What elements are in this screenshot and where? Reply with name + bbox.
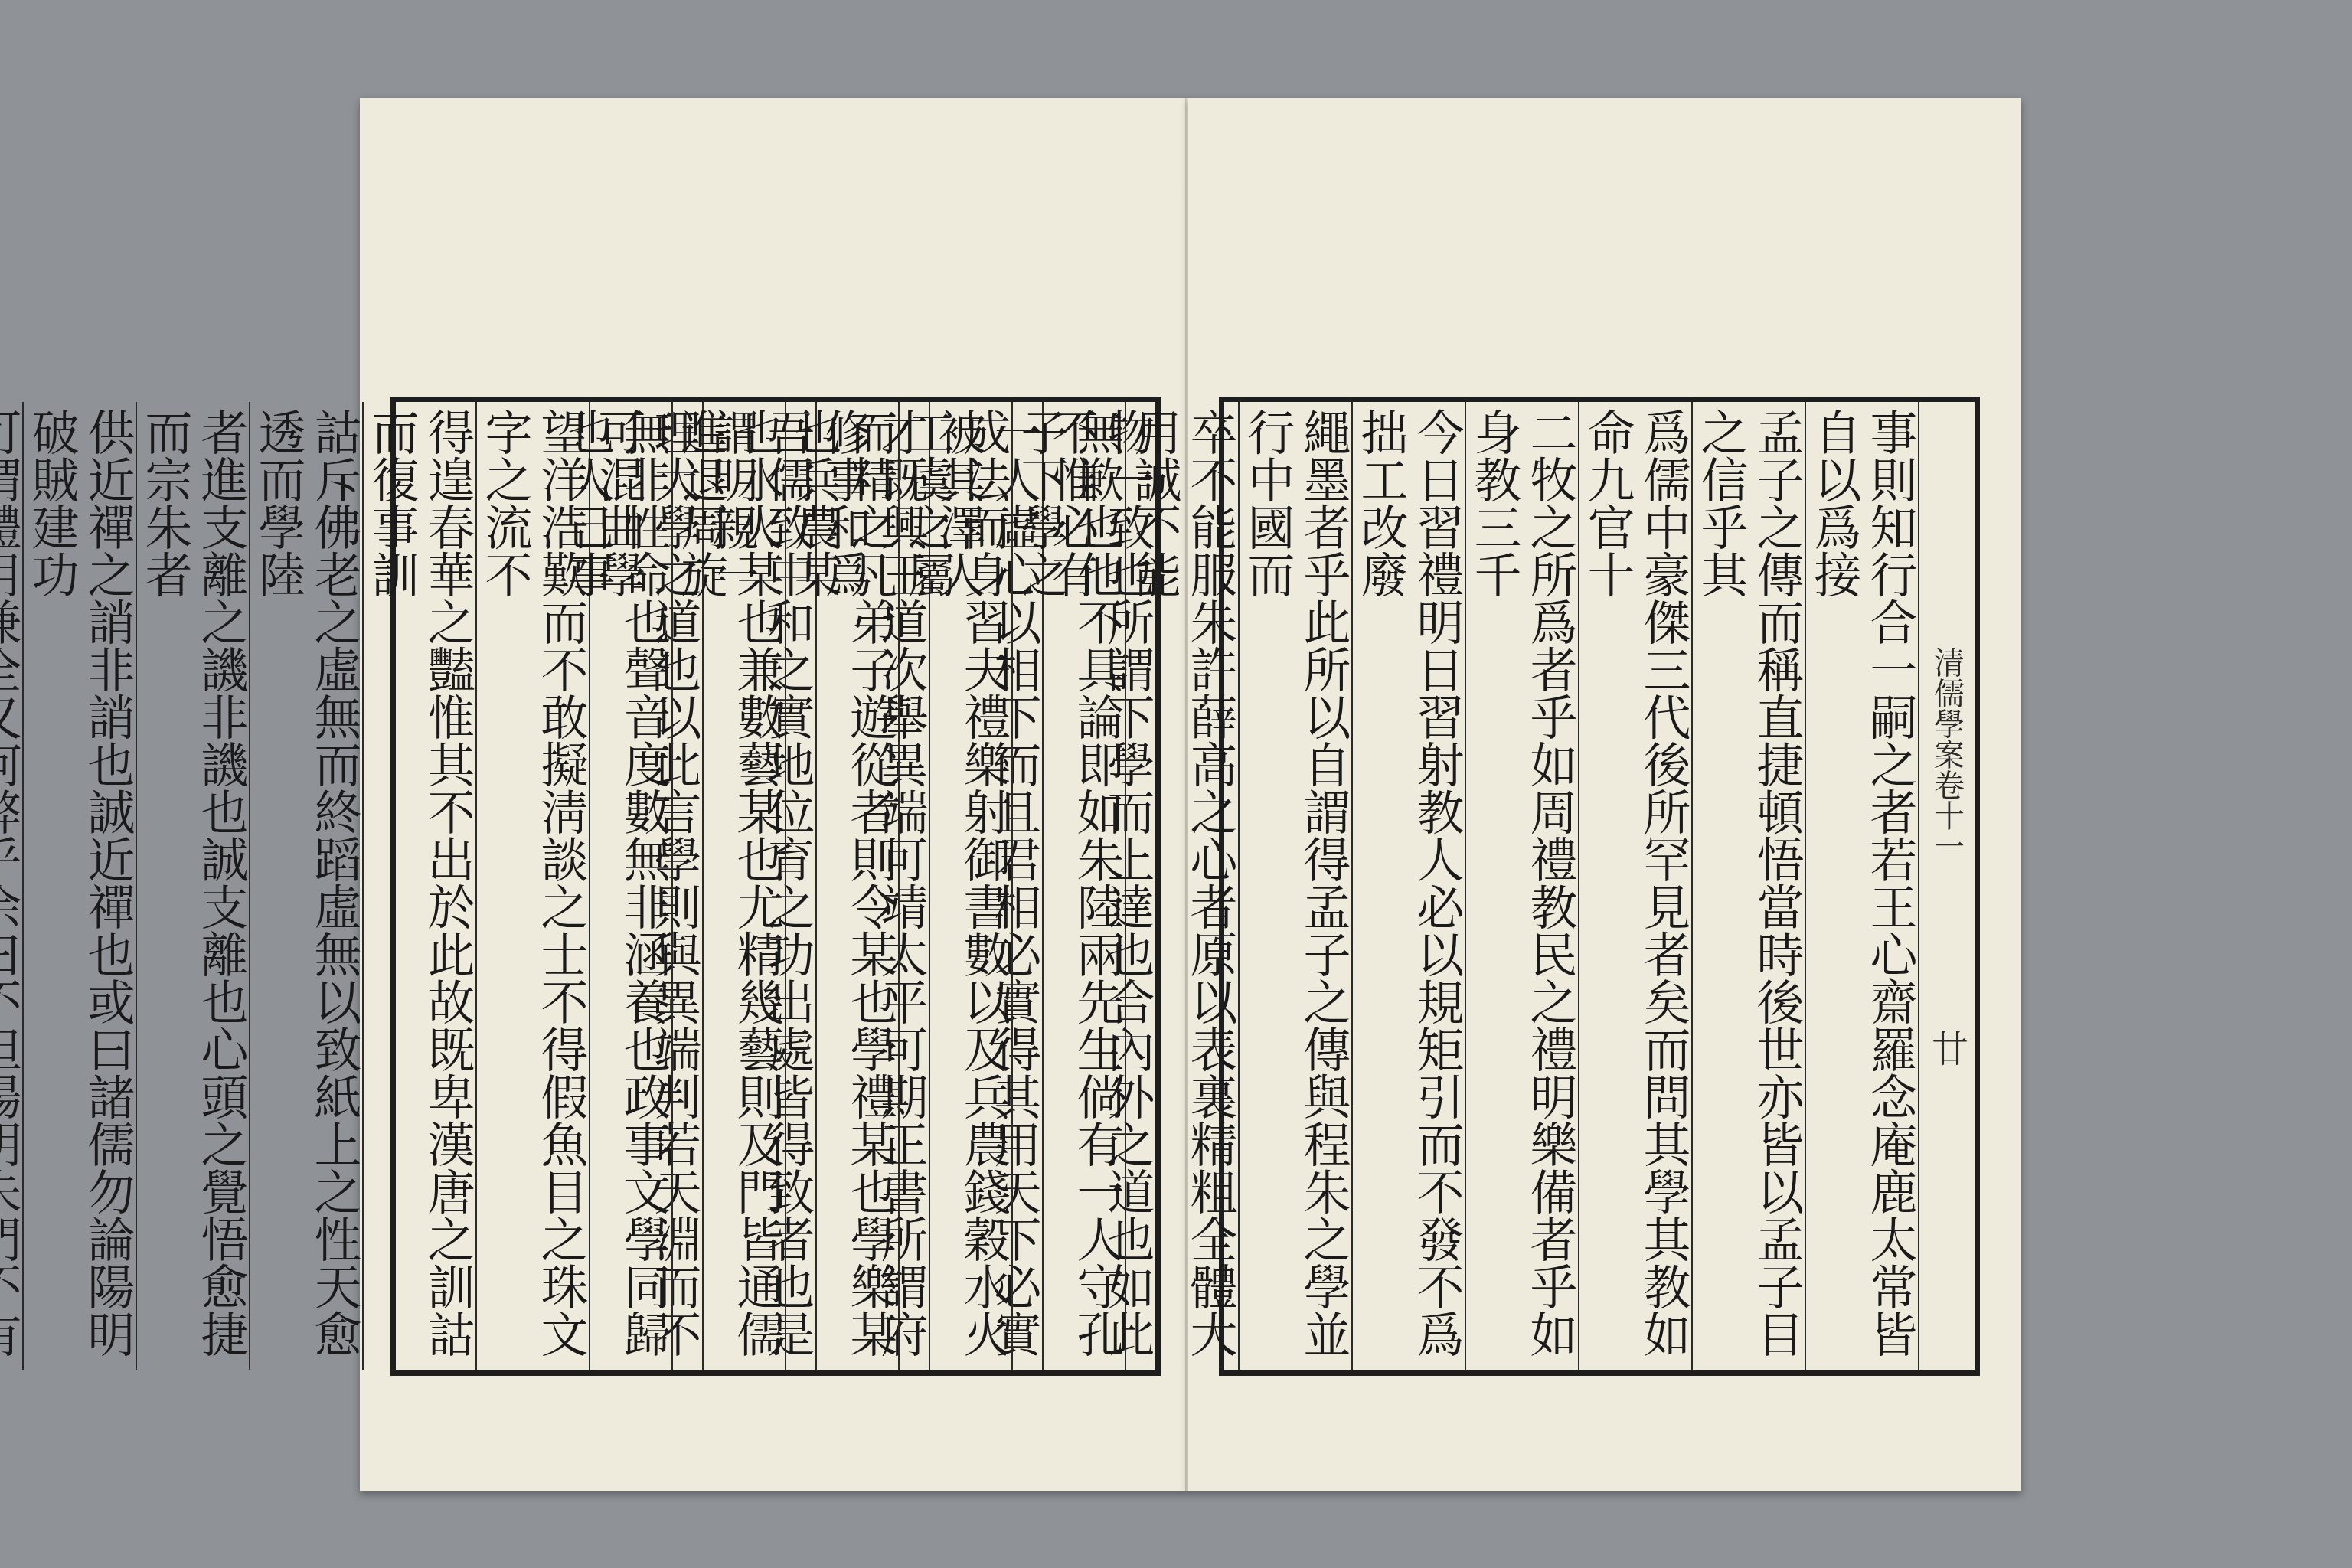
text-column: 爲儒中豪傑三代後所罕見者矣而問其學其教如命九官十 — [1578, 402, 1691, 1370]
right-page: 清儒學案卷十一 廿 事則知行合一嗣之者若王心齋羅念庵鹿太常皆自以爲接 孟子之傳而… — [1188, 98, 2021, 1491]
open-book: 物一致也所謂下學而上達也合內外之道也如此不惟必有 一人虛心以相下而且君相必實得其… — [360, 90, 2021, 1516]
text-column: 孟子之傳而稱直捷頓悟當時後世亦皆以孟子目之信乎其 — [1691, 402, 1805, 1370]
running-title: 清儒學案卷十一 — [1926, 647, 1969, 861]
text-column: 者進支離之譏非譏也誠支離也心頭之覺悟愈捷而宗朱者 — [136, 402, 249, 1370]
text-column: 二牧之所爲者乎如周禮教民之禮明樂備者乎如身教三千 — [1465, 402, 1578, 1370]
text-column: 無非性命也聲音度數無非涵養也政事文學同歸也人己事 — [560, 402, 671, 1370]
text-column: 繩墨者乎此所以自謂得孟子之傳與程朱之學並行中國而 — [1238, 402, 1351, 1370]
page-number: 廿 — [1921, 1030, 1974, 1067]
text-column: 詁斥佛老之虛無而終蹈虛無以致紙上之性天愈透而學陸 — [249, 402, 362, 1370]
text-column: 卒不能服朱許薛高之心者原以表裏精粗全體大用誠不能 — [1125, 402, 1238, 1370]
text-column: 可謂體用兼全又何弊乎余曰不但陽明朱門不有蔡氏言樂 — [0, 402, 22, 1370]
text-column: 而精之凡弟子遊從者則令某也學禮某也學樂某也兵農某 — [785, 402, 898, 1370]
text-column: 無歉也他不具論即如朱陸兩先生倘有一人守孔子下學之 — [1011, 402, 1125, 1370]
text-column: 成法而身習夫禮樂射御書數以及兵農錢穀水火工虞之屬 — [898, 402, 1011, 1370]
right-margin-title: 清儒學案卷十一 廿 — [1918, 402, 1975, 1370]
text-column: 也水火某也兼數藝某也尤精幾藝則及門皆通儒進退周旋 — [671, 402, 785, 1370]
text-column: 供近禪之誚非誚也誠近禪也或曰諸儒勿論陽明破賊建功 — [22, 402, 136, 1370]
text-column: 得遑春華之豔惟其不出於此故既卑漢唐之訓詁而復事訓 — [362, 402, 475, 1370]
text-column: 今日習禮明日習射教人必以規矩引而不發不爲拙工改廢 — [1351, 402, 1465, 1370]
text-column: 事則知行合一嗣之者若王心齋羅念庵鹿太常皆自以爲接 — [1805, 402, 1918, 1370]
right-text-frame: 清儒學案卷十一 廿 事則知行合一嗣之者若王心齋羅念庵鹿太常皆自以爲接 孟子之傳而… — [1219, 397, 1980, 1376]
